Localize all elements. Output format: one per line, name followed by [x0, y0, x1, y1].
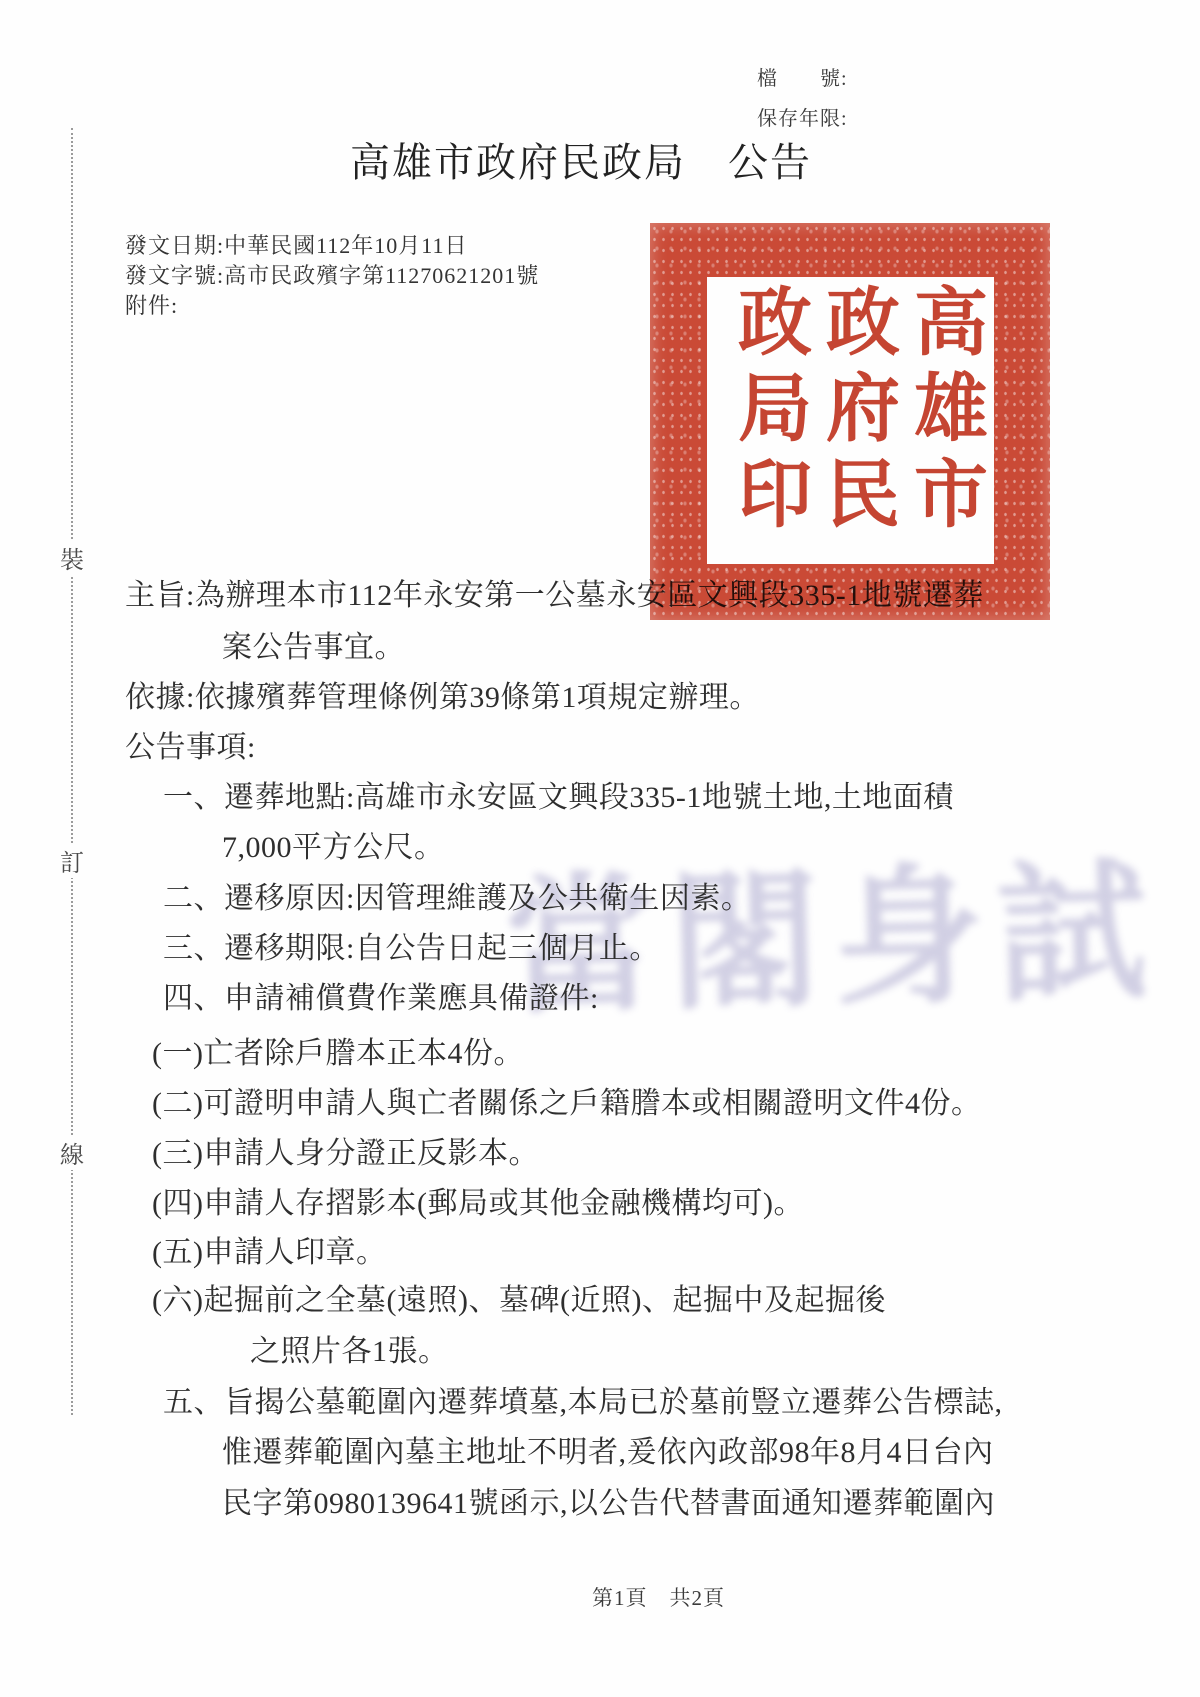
item-1-line-2: 7,000平方公尺。 — [222, 822, 445, 866]
seal-inner-panel: 高雄市政府民政局印 — [707, 277, 994, 564]
archive-number-label: 檔 號: — [757, 62, 848, 91]
announcement-document-page: 檔 號: 保存年限: 高雄市政府民政局 公告 發文日期:中華民國112年10月1… — [0, 0, 1200, 1697]
page-number-footer: 第1頁 共2頁 — [592, 1582, 725, 1612]
retention-period-label: 保存年限: — [757, 102, 848, 131]
item-4-sub-3: (三)申請人身分證正反影本。 — [152, 1128, 539, 1172]
issue-date-line: 發文日期:中華民國112年10月11日 — [125, 229, 467, 260]
item-4-sub-6-line-1: (六)起掘前之全墓(遠照)、墓碑(近照)、起掘中及起掘後 — [152, 1275, 886, 1319]
basis-line: 依據:依據殯葬管理條例第39條第1項規定辦理。 — [125, 672, 760, 716]
item-4-sub-4: (四)申請人存摺影本(郵局或其他金融機構均可)。 — [152, 1178, 804, 1222]
item-2-line: 二、遷移原因:因管理維護及公共衛生因素。 — [163, 873, 751, 917]
item-5-line-1: 五、旨揭公墓範圍內遷葬墳墓,本局已於墓前豎立遷葬公告標誌, — [163, 1377, 1003, 1421]
binding-dotted-line — [71, 128, 73, 1415]
binding-mark-xian: 線 — [57, 1135, 87, 1170]
item-4-sub-1: (一)亡者除戶謄本正本4份。 — [152, 1028, 524, 1072]
page-title: 高雄市政府民政局 公告 — [350, 131, 812, 188]
item-3-line: 三、遷移期限:自公告日起三個月止。 — [163, 923, 660, 967]
binding-mark-zhuang: 裝 — [57, 540, 87, 575]
item-4-line: 四、申請補償費作業應具備證件: — [163, 973, 599, 1017]
item-4-sub-6-line-2: 之照片各1張。 — [250, 1326, 449, 1370]
item-4-sub-5: (五)申請人印章。 — [152, 1227, 386, 1271]
seal-script-text: 高雄市政府民政局印 — [713, 283, 988, 558]
attachment-label: 附件: — [125, 289, 178, 320]
item-5-line-3: 民字第0980139641號函示,以公告代替書面通知遷葬範圍內 — [222, 1478, 995, 1522]
item-1-line-1: 一、遷葬地點:高雄市永安區文興段335-1地號土地,土地面積 — [163, 772, 954, 816]
official-red-seal: 高雄市政府民政局印 — [650, 223, 1050, 620]
binding-mark-ding: 訂 — [57, 843, 87, 878]
subject-line-2: 案公告事宜。 — [222, 622, 405, 666]
doc-number-line: 發文字號:高市民政殯字第11270621201號 — [125, 259, 539, 290]
item-5-line-2: 惟遷葬範圍內墓主地址不明者,爰依內政部98年8月4日台內 — [222, 1427, 994, 1471]
item-4-sub-2: (二)可證明申請人與亡者關係之戶籍謄本或相關證明文件4份。 — [152, 1078, 981, 1122]
announcement-items-header: 公告事項: — [125, 722, 256, 766]
